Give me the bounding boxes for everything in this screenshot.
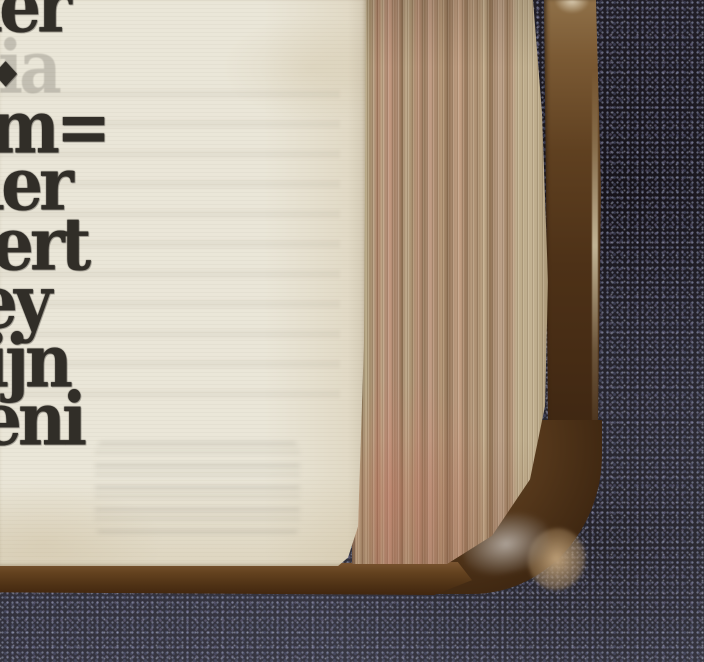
book-page: ier ia ◆ m= ier ert ey ijn eni	[0, 0, 366, 566]
leather-cover-bottom-edge	[0, 562, 472, 595]
cover-edge-highlight	[592, 70, 598, 460]
fore-edge-page-stack	[352, 0, 548, 564]
cover-top-glint	[554, 0, 590, 14]
photo-antique-book-corner: ier ia ◆ m= ier ert ey ijn eni	[0, 0, 704, 662]
ink-showthrough-smudge	[95, 442, 300, 534]
blackletter-fragment-7: eni	[0, 383, 83, 456]
